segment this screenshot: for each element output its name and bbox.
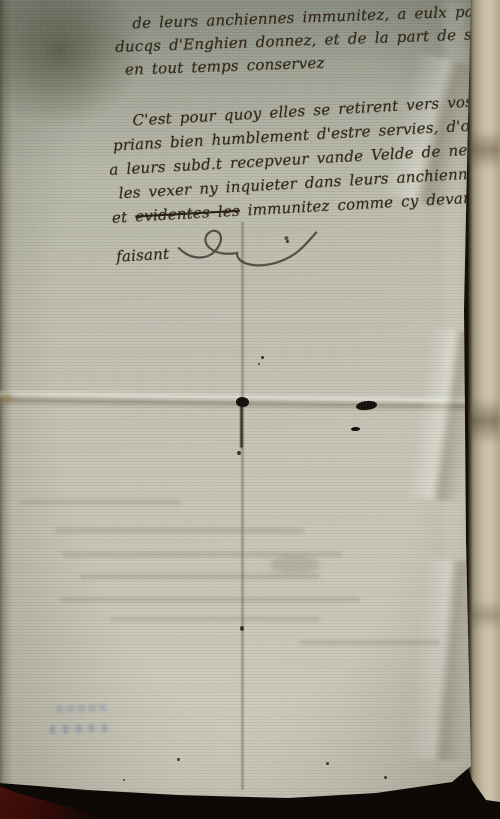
adjacent-page-edge	[468, 0, 500, 808]
bleed-through-streak	[55, 528, 305, 533]
adjacent-page-crease	[468, 130, 500, 170]
ink-speck	[258, 363, 260, 365]
ink-speck	[384, 776, 387, 779]
ink-speck	[177, 758, 180, 761]
paper-left-edge-shading	[0, 0, 12, 819]
bleed-through-streak	[20, 500, 180, 504]
ink-speck	[123, 779, 125, 781]
archive-stamp-line	[50, 723, 112, 734]
ink-dash	[351, 427, 360, 431]
handwriting-block-1: de leurs anchiennes immunitez, a eulx pa…	[114, 0, 500, 82]
adjacent-page-crease	[468, 600, 500, 630]
fold-crease-vertical	[240, 222, 245, 790]
struck-through-words: evidentes les	[135, 202, 240, 226]
signature-flourish-icon	[174, 218, 327, 283]
bleed-through-streak	[300, 640, 440, 645]
bleed-through-streak	[80, 574, 320, 579]
ink-speck	[326, 762, 329, 765]
archive-stamp-line	[56, 704, 106, 713]
adjacent-page-crease	[468, 398, 500, 444]
manuscript-photo: de leurs anchiennes immunitez, a eulx pa…	[0, 0, 500, 819]
bleed-through-streak	[60, 597, 360, 602]
fold-crease-dark-segment	[240, 402, 243, 448]
handwriting-block-2: C'est pour quoy elles se retirent vers v…	[106, 86, 500, 253]
handwriting-segment: et	[112, 208, 136, 227]
bleed-through-smudge	[270, 556, 320, 574]
table-cloth-corner-bottom-left	[0, 786, 100, 819]
ink-speck	[261, 356, 264, 359]
ink-speck	[237, 451, 241, 455]
handwriting-segment: faisant	[116, 245, 170, 266]
ink-speck	[240, 626, 244, 631]
paper-page: de leurs anchiennes immunitez, a eulx pa…	[0, 0, 472, 819]
ink-speck	[286, 240, 289, 243]
bleed-through-streak	[110, 617, 320, 621]
